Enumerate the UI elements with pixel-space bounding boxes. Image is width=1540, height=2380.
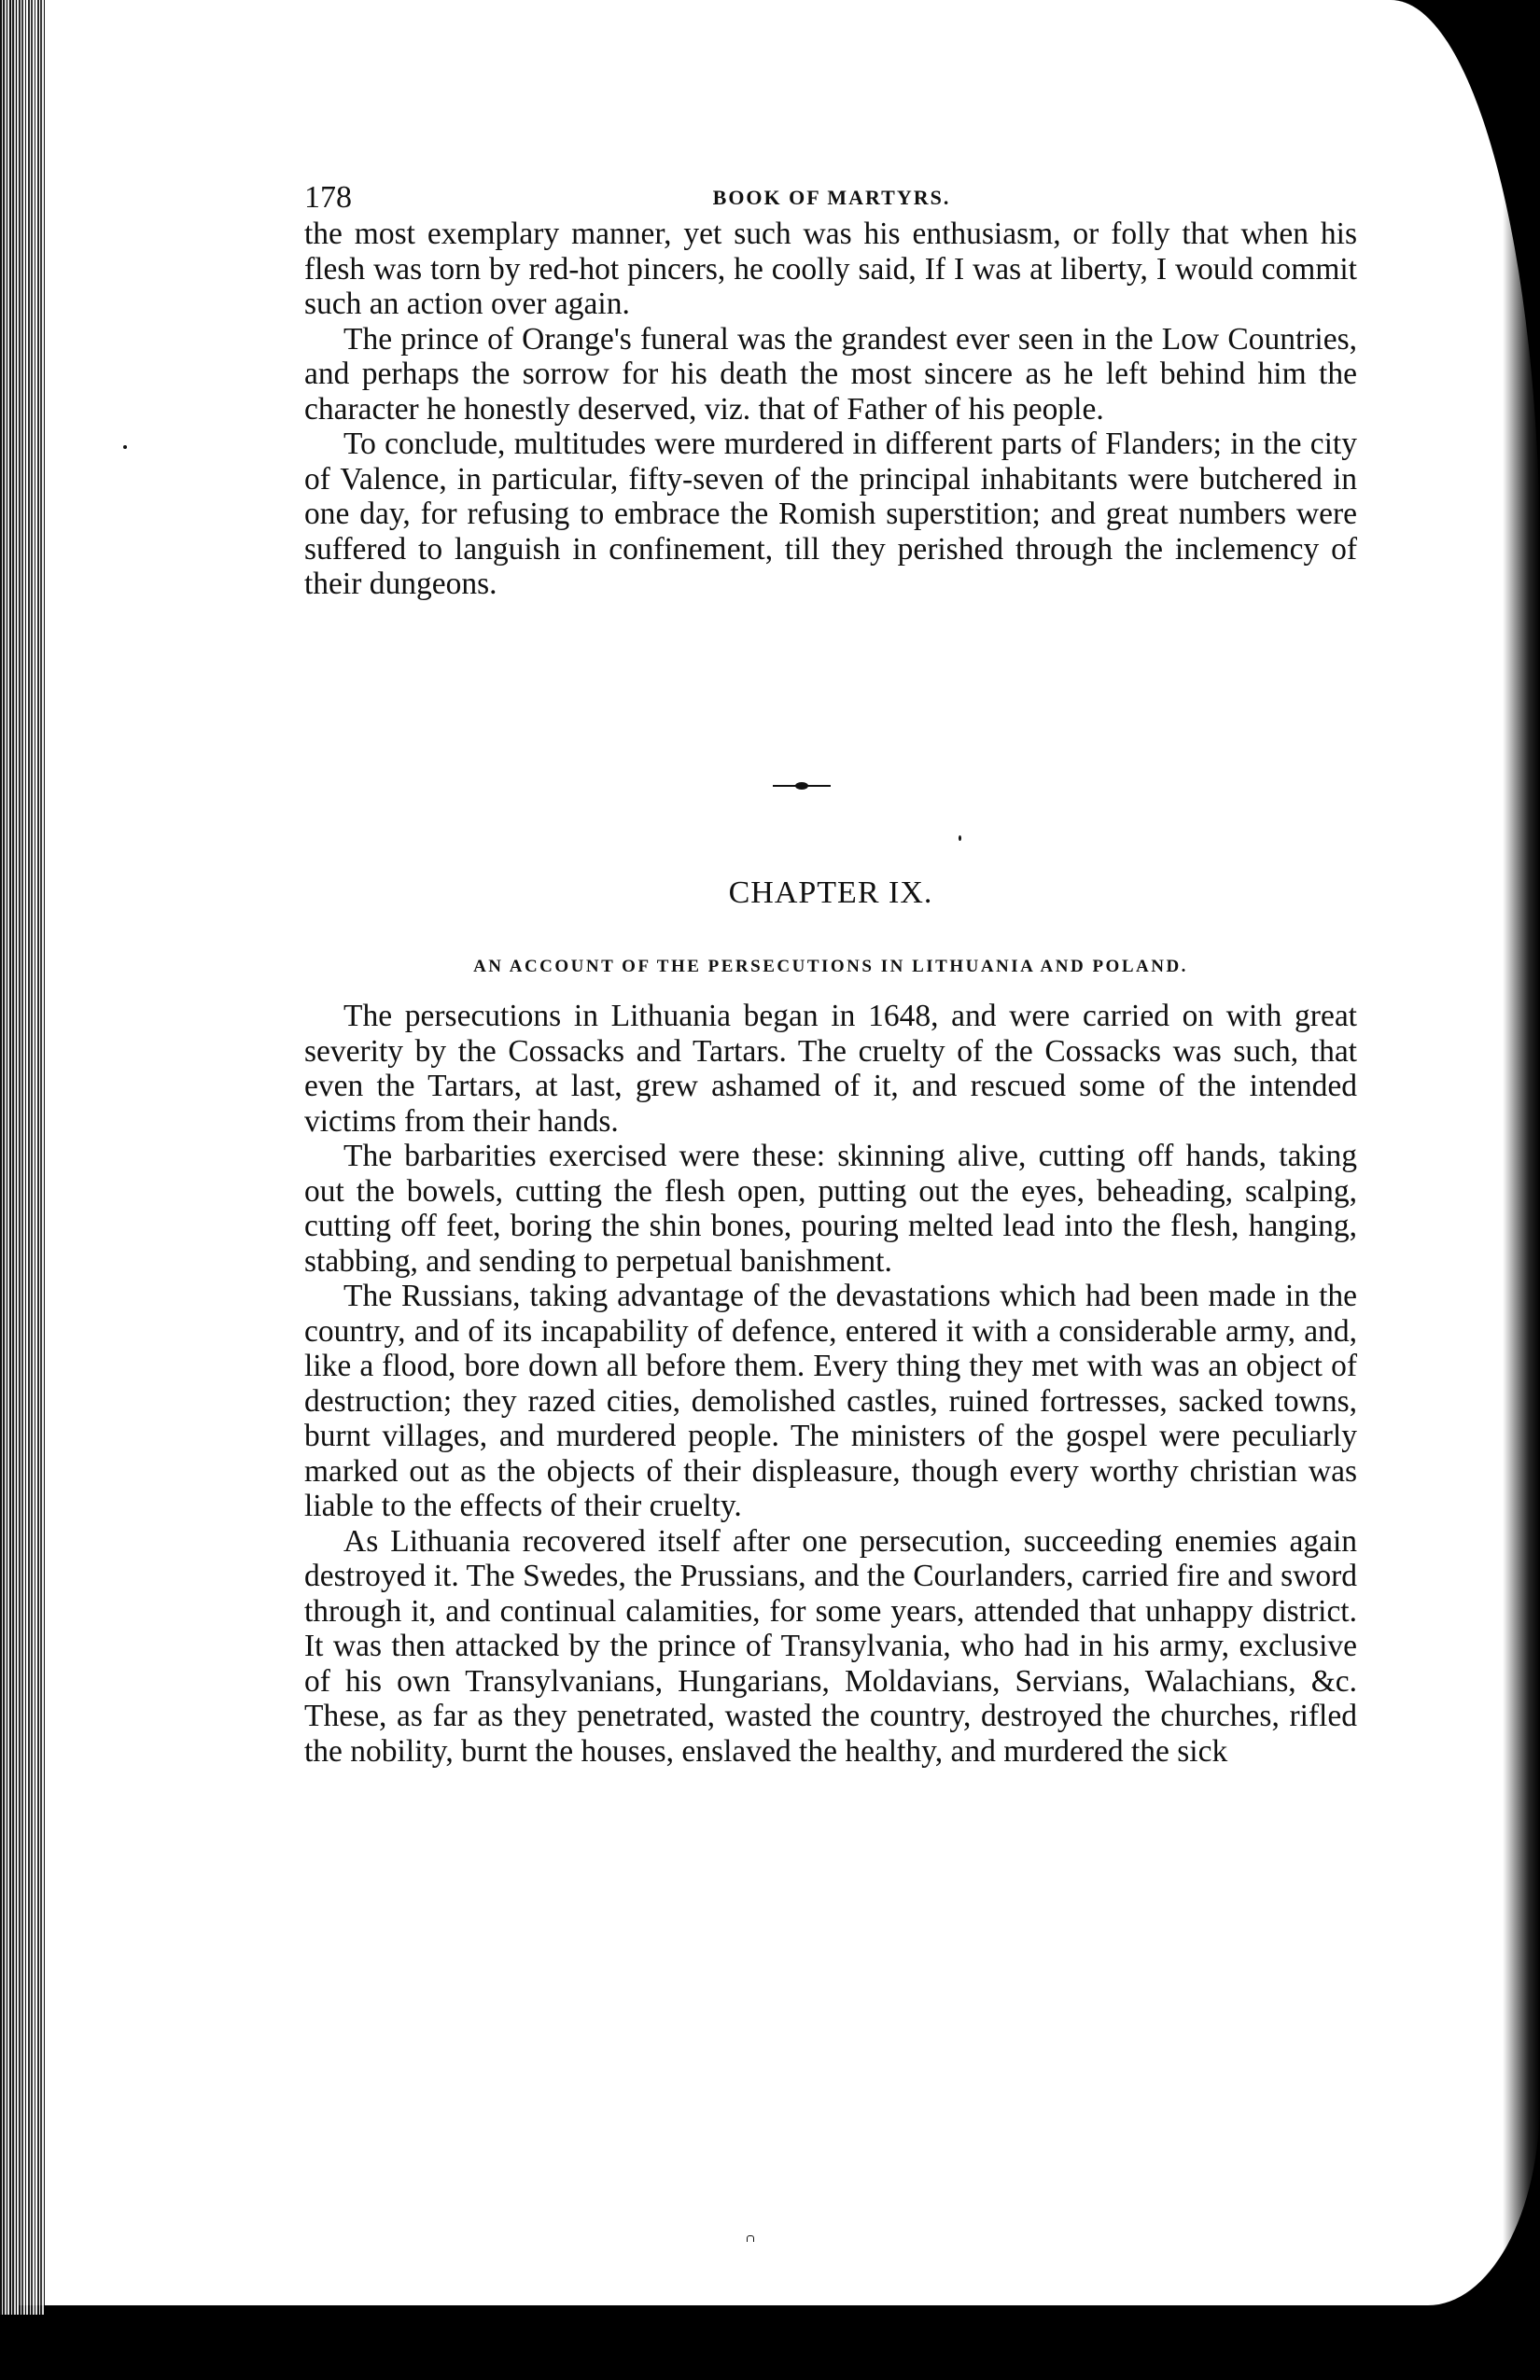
scan-speck: [123, 445, 127, 449]
previous-chapter-text: the most exemplary manner, yet such was …: [304, 217, 1357, 602]
paragraph: The persecutions in Lithuania began in 1…: [304, 999, 1357, 1139]
chapter-subtitle: AN ACCOUNT OF THE PERSECUTIONS IN LITHUA…: [304, 957, 1357, 977]
paragraph: As Lithuania recovered itself after one …: [304, 1524, 1357, 1770]
paragraph: The Russians, taking advantage of the de…: [304, 1279, 1357, 1524]
running-head: 178 BOOK OF MARTYRS.: [304, 180, 1359, 217]
chapter-body-text: The persecutions in Lithuania began in 1…: [304, 999, 1357, 1769]
paragraph: To conclude, multitudes were murdered in…: [304, 427, 1357, 602]
running-title: BOOK OF MARTYRS.: [304, 186, 1359, 210]
scan-mark: [747, 2235, 754, 2242]
chapter-title: CHAPTER IX.: [304, 875, 1357, 911]
scan-speck: [959, 835, 961, 841]
paragraph: The prince of Orange's funeral was the g…: [304, 322, 1357, 427]
paragraph: the most exemplary manner, yet such was …: [304, 217, 1357, 322]
book-binding-edge: [0, 0, 45, 2315]
section-divider-ornament-icon: [773, 782, 831, 790]
paragraph: The barbarities exercised were these: sk…: [304, 1139, 1357, 1279]
page-curl-shadow: [1503, 0, 1540, 2380]
